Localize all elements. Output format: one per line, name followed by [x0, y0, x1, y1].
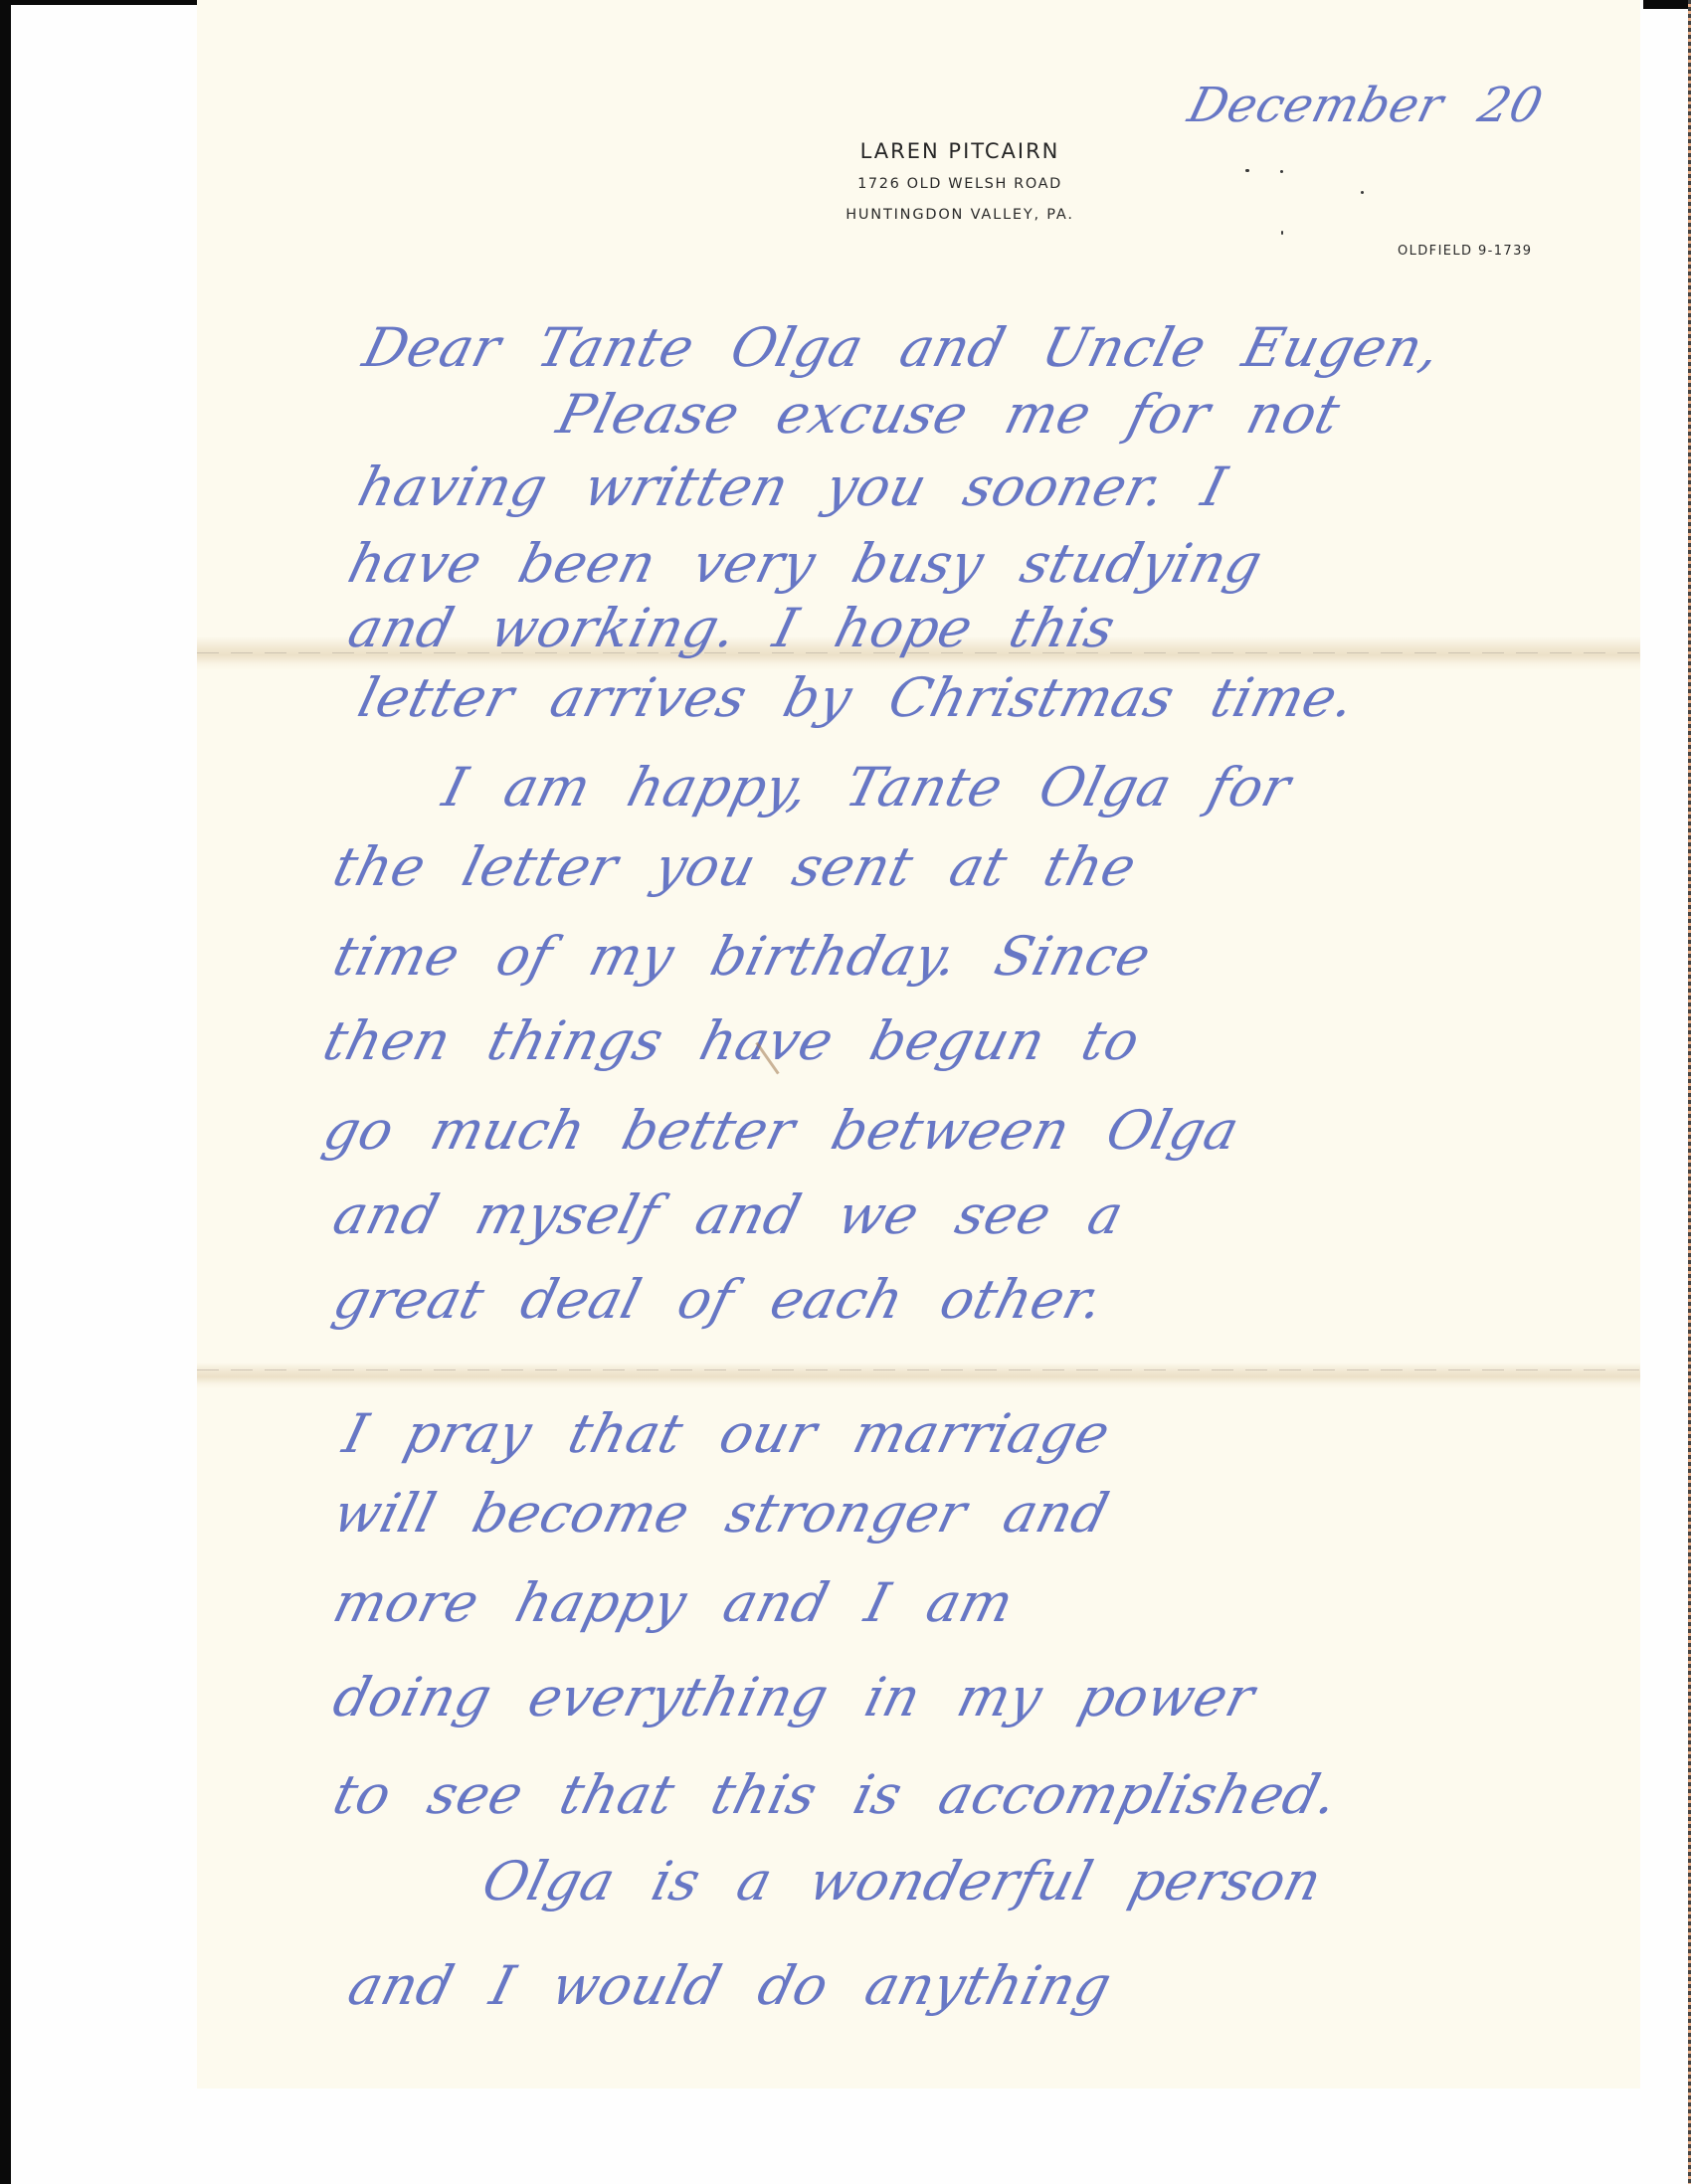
body-line-6: I am happy, Tante Olga for: [438, 761, 1296, 815]
fold-crease-lower: [197, 1363, 1640, 1388]
letterhead-street: 1726 OLD WELSH ROAD: [696, 176, 1223, 192]
body-line-13: I pray that our marriage: [338, 1407, 1115, 1461]
letterhead-city: HUNTINGDON VALLEY, PA.: [696, 207, 1223, 223]
body-line-19: and I would do anything: [343, 1959, 1117, 2013]
body-line-3: have been very busy studying: [343, 537, 1267, 591]
handwritten-date: December 20: [1184, 82, 1548, 129]
body-line-8: time of my birthday. Since: [328, 930, 1156, 984]
scanned-letter-page: LAREN PITCAIRN 1726 OLD WELSH ROAD HUNTI…: [0, 0, 1691, 2184]
body-line-7: the letter you sent at the: [328, 840, 1141, 894]
body-line-2: having written you sooner. I: [353, 460, 1231, 514]
body-line-14: will become stronger and: [328, 1487, 1114, 1541]
body-line-15: more happy and I am: [328, 1576, 1019, 1630]
fold-line-lower: [197, 1369, 1640, 1370]
body-line-11: and myself and we see a: [328, 1188, 1129, 1242]
body-line-16: doing everything in my power: [328, 1671, 1259, 1725]
paper-speck: [1280, 170, 1283, 173]
body-line-10: go much better between Olga: [318, 1104, 1244, 1158]
body-line-9: then things have begun to: [318, 1014, 1145, 1068]
paper-speck: [1245, 169, 1249, 172]
paper-speck: [1361, 191, 1364, 194]
salutation-line: Dear Tante Olga and Uncle Eugen,: [358, 321, 1445, 375]
body-line-17: to see that this is accomplished.: [328, 1768, 1343, 1822]
body-line-4: and working. I hope this: [343, 602, 1120, 655]
scan-border-top: [0, 0, 202, 5]
body-line-12: great deal of each other.: [328, 1273, 1109, 1327]
letterhead-name: LAREN PITCAIRN: [696, 139, 1223, 163]
body-line-1: Please excuse me for not: [552, 388, 1345, 442]
scan-border-left: [0, 0, 11, 2184]
paper-speck: [1281, 231, 1283, 235]
body-line-18: Olga is a wonderful person: [477, 1855, 1327, 1909]
letterhead-phone: OLDFIELD 9-1739: [1398, 244, 1587, 259]
body-line-5: letter arrives by Christmas time.: [353, 671, 1360, 725]
scan-border-top-right: [1643, 0, 1691, 9]
